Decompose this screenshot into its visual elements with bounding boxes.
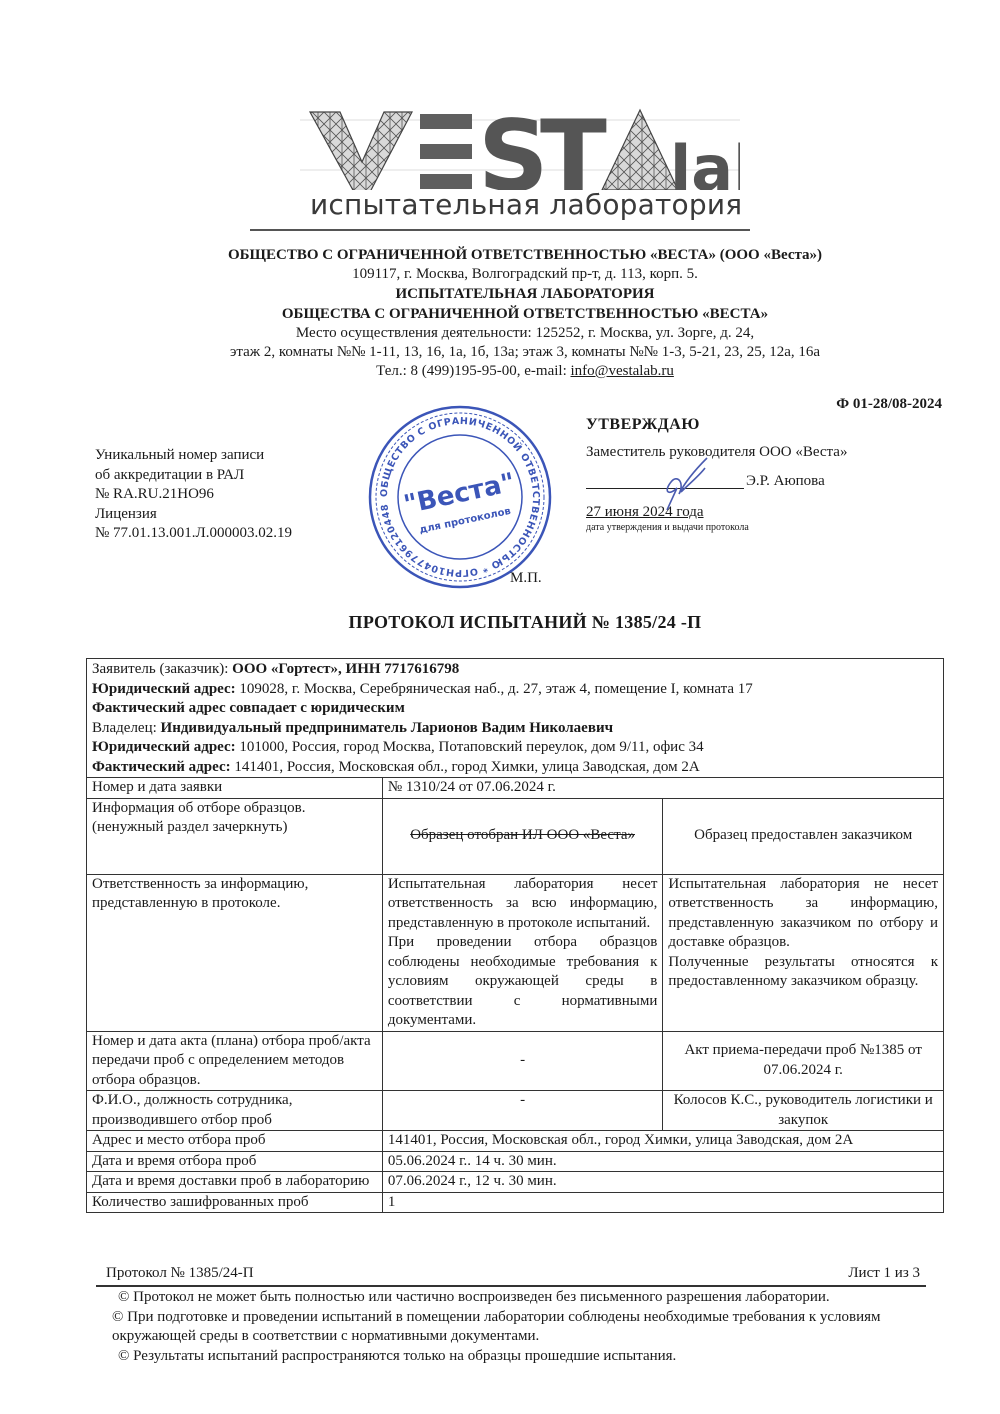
accreditation-line: Уникальный номер записи — [95, 446, 292, 466]
sampling-info-row: Информация об отборе образцов. (ненужный… — [87, 798, 944, 874]
approval-title: УТВЕРЖДАЮ — [586, 416, 700, 434]
owner-actual-value: 141401, Россия, Московская обл., город Х… — [234, 759, 699, 775]
owner-legal-label: Юридический адрес: — [92, 739, 239, 755]
delivery-time-value: 07.06.2024 г., 12 ч. 30 мин. — [382, 1172, 943, 1193]
contacts: Тел.: 8 (499)195-95-00, e-mail: info@ves… — [100, 362, 950, 381]
applicant-legal-line: Юридический адрес: 109028, г. Москва, Се… — [92, 680, 938, 700]
vestalab-logo: S T lab испытательная лаборатория — [300, 100, 740, 230]
svg-text:S: S — [478, 100, 549, 190]
accreditation-block: Уникальный номер записи об аккредитации … — [95, 446, 292, 544]
lab-title: ИСПЫТАТЕЛЬНАЯ ЛАБОРАТОРИЯ — [100, 285, 950, 304]
approver-role: Заместитель руководителя ООО «Веста» — [586, 444, 847, 461]
responsibility-lab-text: Испытательная лаборатория несет ответств… — [388, 875, 658, 934]
delivery-time-label: Дата и время доставки проб в лабораторию — [87, 1172, 383, 1193]
sampling-time-row: Дата и время отбора проб 05.06.2024 г.. … — [87, 1151, 944, 1172]
request-value: № 1310/24 от 07.06.2024 г. — [382, 778, 943, 799]
applicant-line: Заявитель (заказчик): ООО «Гортест», ИНН… — [92, 660, 938, 680]
owner-actual-line: Фактический адрес: 141401, Россия, Моско… — [92, 758, 938, 778]
legal-address-label: Юридический адрес: — [92, 681, 239, 697]
sample-count-label: Количество зашифрованных проб — [87, 1192, 383, 1213]
actual-address-note: Фактический адрес совпадает с юридически… — [92, 699, 938, 719]
svg-text:lab: lab — [670, 132, 740, 190]
sampler-lab-value: - — [382, 1091, 663, 1131]
legal-address-value: 109028, г. Москва, Серебряническая наб.,… — [239, 681, 752, 697]
protocol-title: ПРОТОКОЛ ИСПЫТАНИЙ № 1385/24 -П — [100, 612, 950, 633]
logo-divider — [250, 229, 750, 231]
footer-note: © Протокол не может быть полностью или ч… — [118, 1288, 938, 1308]
owner-legal-value: 101000, Россия, город Москва, Потаповски… — [239, 739, 703, 755]
sampling-place-row: Адрес и место отбора проб 141401, Россия… — [87, 1131, 944, 1152]
responsibility-label: Ответственность за информацию, представл… — [87, 874, 383, 1031]
footer-divider — [96, 1285, 926, 1287]
org-address: 109117, г. Москва, Волгоградский пр-т, д… — [100, 265, 950, 284]
sampler-label: Ф.И.О., должность сотрудника, производив… — [87, 1091, 383, 1131]
footer-note: © Результаты испытаний распространяются … — [118, 1347, 938, 1367]
activity-place: Место осуществления деятельности: 125252… — [100, 324, 950, 343]
approval-date: 27 июня 2024 года — [586, 504, 704, 521]
phone-text: Тел.: 8 (499)195-95-00, e-mail: — [376, 363, 570, 379]
footer-note: © При подготовке и проведении испытаний … — [112, 1308, 938, 1347]
company-stamp: ОБЩЕСТВО С ОГРАНИЧЕННОЙ ОТВЕТСТВЕННОСТЬЮ… — [365, 402, 555, 592]
responsibility-customer-text: Полученные результаты относятся к предос… — [668, 953, 938, 992]
rooms: этаж 2, комнаты №№ 1-11, 13, 16, 1а, 1б,… — [100, 343, 950, 362]
sampler-row: Ф.И.О., должность сотрудника, производив… — [87, 1091, 944, 1131]
sampling-place-label: Адрес и место отбора проб — [87, 1131, 383, 1152]
footer-protocol-number: Протокол № 1385/24-П — [106, 1265, 254, 1282]
logo-subtitle: испытательная лаборатория — [310, 188, 740, 221]
sampling-info-label-line: (ненужный раздел зачеркнуть) — [92, 818, 377, 838]
act-customer-value: Акт приема-передачи проб №1385 от 07.06.… — [663, 1031, 944, 1091]
responsibility-lab: Испытательная лаборатория несет ответств… — [382, 874, 663, 1031]
logo-wordmark-icon: S T lab — [300, 100, 740, 190]
footer-notes: © Протокол не может быть полностью или ч… — [118, 1288, 938, 1366]
svg-text:T: T — [540, 100, 607, 190]
responsibility-customer-text: Испытательная лаборатория не несет ответ… — [668, 875, 938, 953]
sampling-option-lab: Образец отобран ИЛ ООО «Веста» — [382, 798, 663, 874]
sampler-customer-value: Колосов К.С., руководитель логистики и з… — [663, 1091, 944, 1131]
accreditation-number: № RA.RU.21НО96 — [95, 485, 292, 505]
sampling-place-value: 141401, Россия, Московская обл., город Х… — [382, 1131, 943, 1152]
request-row: Номер и дата заявки № 1310/24 от 07.06.2… — [87, 778, 944, 799]
responsibility-lab-text: При проведении отбора образцов соблюдены… — [388, 933, 658, 1031]
owner-legal-line: Юридический адрес: 101000, Россия, город… — [92, 738, 938, 758]
request-label: Номер и дата заявки — [87, 778, 383, 799]
act-lab-value: - — [382, 1031, 663, 1091]
owner-actual-label: Фактический адрес: — [92, 759, 234, 775]
sample-count-value: 1 — [382, 1192, 943, 1213]
sampling-time-value: 05.06.2024 г.. 14 ч. 30 мин. — [382, 1151, 943, 1172]
sampling-option-lab-text: Образец отобран ИЛ ООО «Веста» — [410, 827, 635, 843]
footer-page-number: Лист 1 из 3 — [848, 1265, 920, 1282]
approval-date-note: дата утверждения и выдачи протокола — [586, 522, 749, 533]
act-label: Номер и дата акта (плана) отбора проб/ак… — [87, 1031, 383, 1091]
act-row: Номер и дата акта (плана) отбора проб/ак… — [87, 1031, 944, 1091]
applicant-row: Заявитель (заказчик): ООО «Гортест», ИНН… — [87, 659, 944, 778]
applicant-value: ООО «Гортест», ИНН 7717616798 — [232, 661, 459, 677]
sampling-time-label: Дата и время отбора проб — [87, 1151, 383, 1172]
owner-line: Владелец: Индивидуальный предприниматель… — [92, 719, 938, 739]
responsibility-row: Ответственность за информацию, представл… — [87, 874, 944, 1031]
org-name: ОБЩЕСТВО С ОГРАНИЧЕННОЙ ОТВЕТСТВЕННОСТЬЮ… — [100, 246, 950, 265]
signature-icon — [655, 452, 715, 512]
sampling-info-label: Информация об отборе образцов. (ненужный… — [87, 798, 383, 874]
lab-org: ОБЩЕСТВА С ОГРАНИЧЕННОЙ ОТВЕТСТВЕННОСТЬЮ… — [100, 305, 950, 324]
sample-count-row: Количество зашифрованных проб 1 — [87, 1192, 944, 1213]
delivery-time-row: Дата и время доставки проб в лабораторию… — [87, 1172, 944, 1193]
responsibility-customer: Испытательная лаборатория не несет ответ… — [663, 874, 944, 1031]
license-number: № 77.01.13.001.Л.000003.02.19 — [95, 524, 292, 544]
applicant-block: Заявитель (заказчик): ООО «Гортест», ИНН… — [87, 659, 944, 778]
approver-name: Э.Р. Аюпова — [746, 473, 825, 490]
email-link[interactable]: info@vestalab.ru — [571, 363, 674, 379]
owner-value: Индивидуальный предприниматель Ларионов … — [161, 720, 614, 736]
stamp-seal-icon: ОБЩЕСТВО С ОГРАНИЧЕННОЙ ОТВЕТСТВЕННОСТЬЮ… — [365, 402, 555, 592]
form-code: Ф 01-28/08-2024 — [836, 396, 942, 413]
applicant-label: Заявитель (заказчик): — [92, 661, 232, 677]
accreditation-line: об аккредитации в РАЛ — [95, 466, 292, 486]
sampling-info-label-line: Информация об отборе образцов. — [92, 799, 377, 819]
license-label: Лицензия — [95, 505, 292, 525]
protocol-table: Заявитель (заказчик): ООО «Гортест», ИНН… — [86, 658, 944, 1213]
sampling-option-customer: Образец предоставлен заказчиком — [663, 798, 944, 874]
stamp-place-label: М.П. — [510, 570, 542, 587]
owner-label: Владелец: — [92, 720, 161, 736]
